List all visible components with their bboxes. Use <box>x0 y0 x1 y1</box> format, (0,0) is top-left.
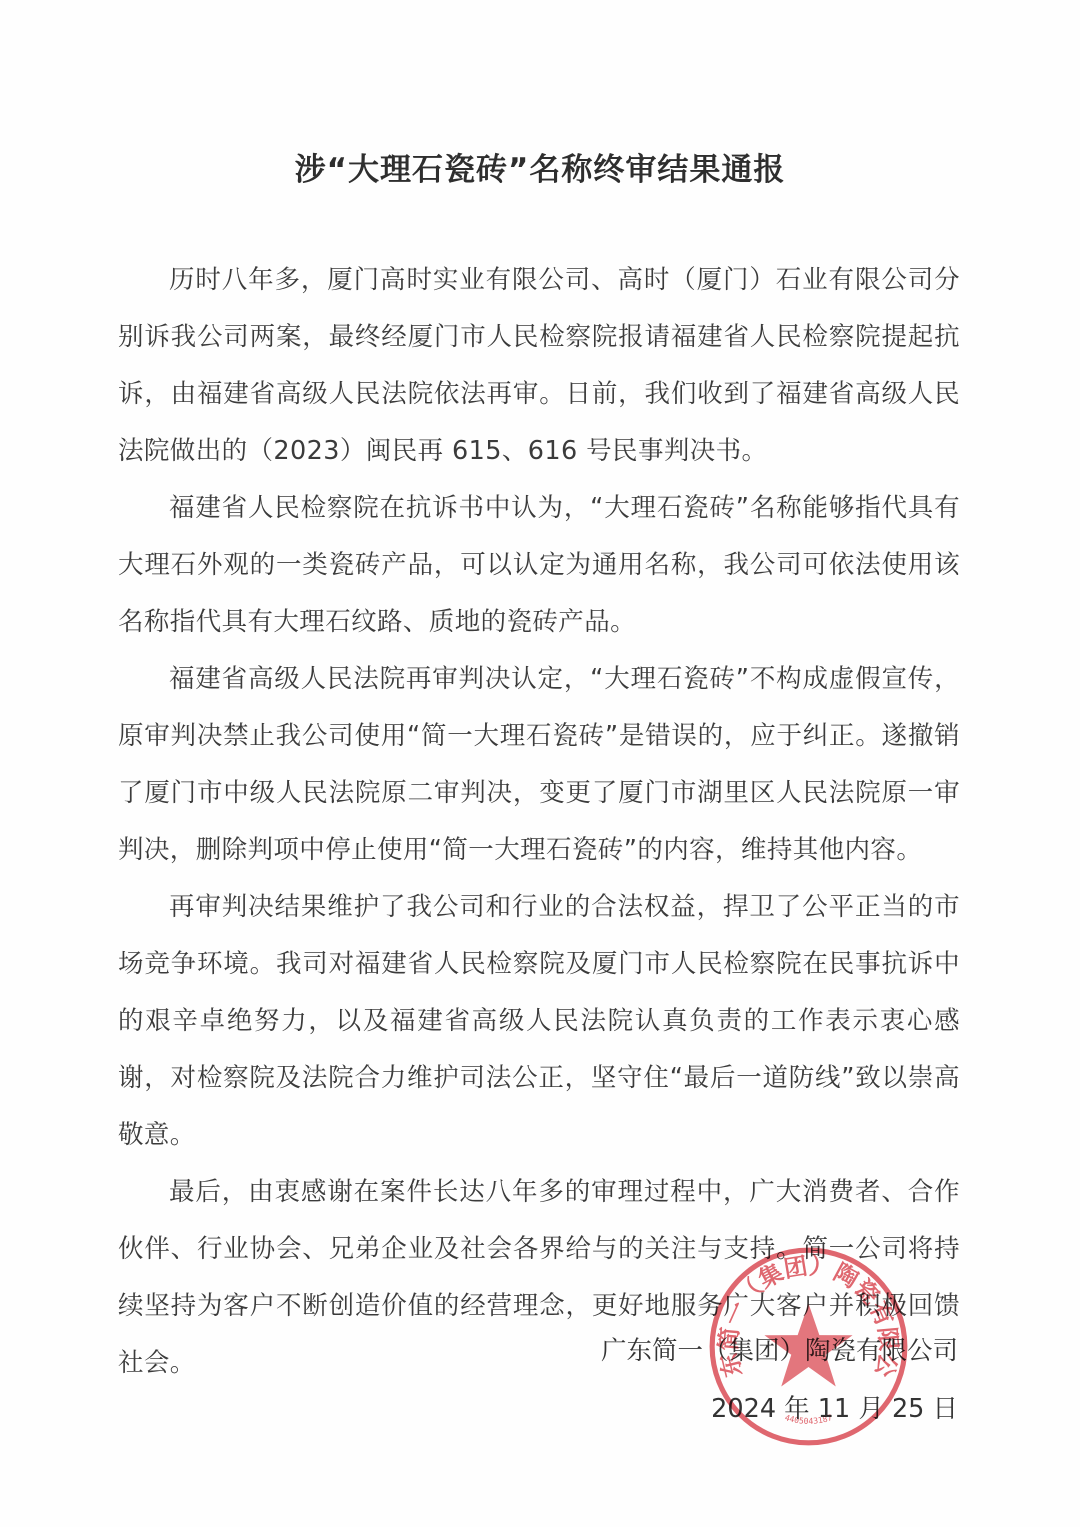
signature-date: 2024 年 11 月 25 日 <box>601 1380 958 1438</box>
paragraph-procuratorate-view: 福建省人民检察院在抗诉书中认为，“大理石瓷砖”名称能够指代具有大理石外观的一类瓷… <box>118 480 960 651</box>
signature-block: 广东简一（集团）陶瓷有限公司 2024 年 11 月 25 日 <box>601 1322 958 1438</box>
paragraph-court-ruling: 福建省高级人民法院再审判决认定，“大理石瓷砖”不构成虚假宣传，原审判决禁止我公司… <box>118 651 960 879</box>
paragraph-gratitude: 再审判决结果维护了我公司和行业的合法权益，捍卫了公平正当的市场竞争环境。我司对福… <box>118 879 960 1164</box>
document-title: 涉“大理石瓷砖”名称终审结果通报 <box>0 146 1080 194</box>
signature-company: 广东简一（集团）陶瓷有限公司 <box>601 1322 958 1380</box>
document-page: 涉“大理石瓷砖”名称终审结果通报 历时八年多，厦门高时实业有限公司、高时（厦门）… <box>0 0 1080 1527</box>
document-body: 历时八年多，厦门高时实业有限公司、高时（厦门）石业有限公司分别诉我公司两案，最终… <box>118 252 960 1392</box>
paragraph-background: 历时八年多，厦门高时实业有限公司、高时（厦门）石业有限公司分别诉我公司两案，最终… <box>118 252 960 480</box>
